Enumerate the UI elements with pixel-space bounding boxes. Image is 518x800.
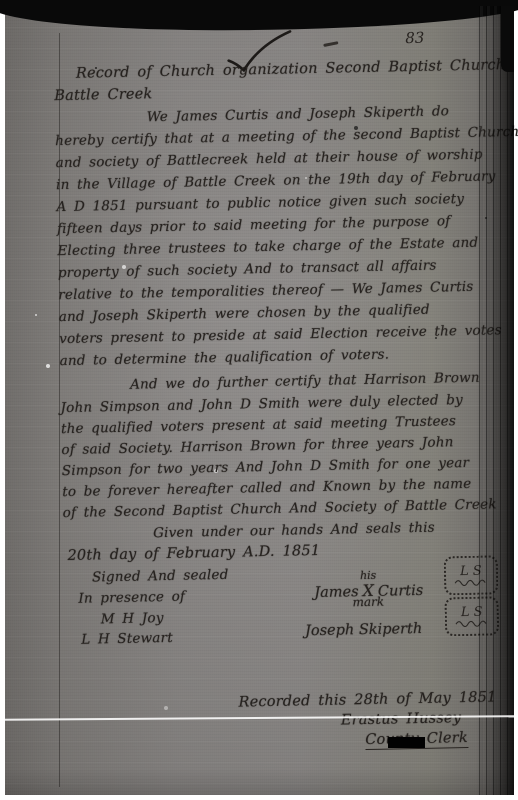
handwriting-line: We James Curtis and Joseph Skiperth do	[147, 103, 450, 125]
handwriting-line: And we do further certify that Harrison …	[130, 370, 480, 393]
handwriting-line: Given under our hands And seals this	[153, 520, 435, 542]
pen-dash-icon	[323, 41, 338, 47]
paper-background: 83 Record of Church organization Second …	[5, 7, 514, 795]
handwriting-line: 20th day of February A.D. 1851	[67, 543, 320, 564]
handwriting-line: relative to the temporalities thereof — …	[58, 279, 473, 303]
handwriting-line: Simpson for two years And John D Smith f…	[62, 455, 470, 479]
handwriting-line: of the Second Baptist Church And Society…	[63, 496, 497, 521]
his-label: his	[360, 569, 377, 582]
handwriting-line: property of such society And to transact…	[58, 258, 437, 282]
signature-joseph-skiperth: Joseph Skiperth	[305, 621, 422, 639]
wax-seal-stack: L S L S	[444, 555, 500, 638]
seal-squiggle	[453, 577, 489, 586]
handwriting-line: and to determine the qualification of vo…	[59, 346, 389, 369]
handwriting-line: to be forever hereafter called and Known…	[62, 476, 471, 500]
handwriting-line: in the Village of Battle Creek on the 19…	[56, 168, 496, 193]
handwriting-line: the qualified voters present at said mee…	[61, 413, 456, 437]
handwriting-line: voters present to preside at said Electi…	[59, 322, 502, 347]
handwriting-line: A D 1851 pursuant to public notice given…	[56, 191, 464, 215]
handwriting-line: Electing three trustees to take charge o…	[57, 235, 478, 259]
handwriting-line: hereby certify that at a meeting of the …	[55, 124, 518, 149]
handwriting-line: fifteen days prior to said meeting for t…	[57, 213, 451, 237]
witness-signature: L H Stewart	[81, 630, 173, 648]
signature-last-name: Curtis	[378, 583, 424, 600]
seal-squiggle	[454, 618, 490, 627]
handwriting-line: and Joseph Skiperth were chosen by the q…	[59, 302, 430, 325]
handwriting-line: John Simpson and John D Smith were duly …	[60, 392, 463, 416]
clerk-signature: Erastus Hussey	[341, 710, 462, 728]
page-number: 83	[405, 29, 424, 47]
signature-james-curtis: his JamesXCurtis mark	[314, 580, 423, 601]
seal-lower: L S	[444, 596, 499, 636]
mark-label: mark	[352, 595, 384, 610]
handwriting-line: Signed And sealed	[92, 567, 229, 586]
seal-upper: L S	[444, 555, 499, 595]
scan-edge-corner	[501, 6, 514, 72]
seal-ls-label: L S	[461, 606, 483, 618]
handwriting-line: and society of Battlecreek held at their…	[56, 147, 483, 172]
scanned-document-page: 83 Record of Church organization Second …	[0, 0, 518, 800]
handwriting-line: of said Society. Harrison Brown for thre…	[61, 434, 453, 458]
recording-statement: Recorded this 28th of May 1851	[238, 689, 496, 710]
seal-ls-label: L S	[460, 565, 482, 577]
scan-artifact-black-patch	[388, 737, 425, 748]
handwriting-layer: 83 Record of Church organization Second …	[0, 2, 518, 800]
heading-line: Battle Creek	[54, 86, 152, 104]
heading-line: Record of Church organization Second Bap…	[76, 57, 506, 82]
witness-signature: M H Joy	[101, 610, 164, 627]
witness-heading: In presence of	[78, 589, 185, 607]
